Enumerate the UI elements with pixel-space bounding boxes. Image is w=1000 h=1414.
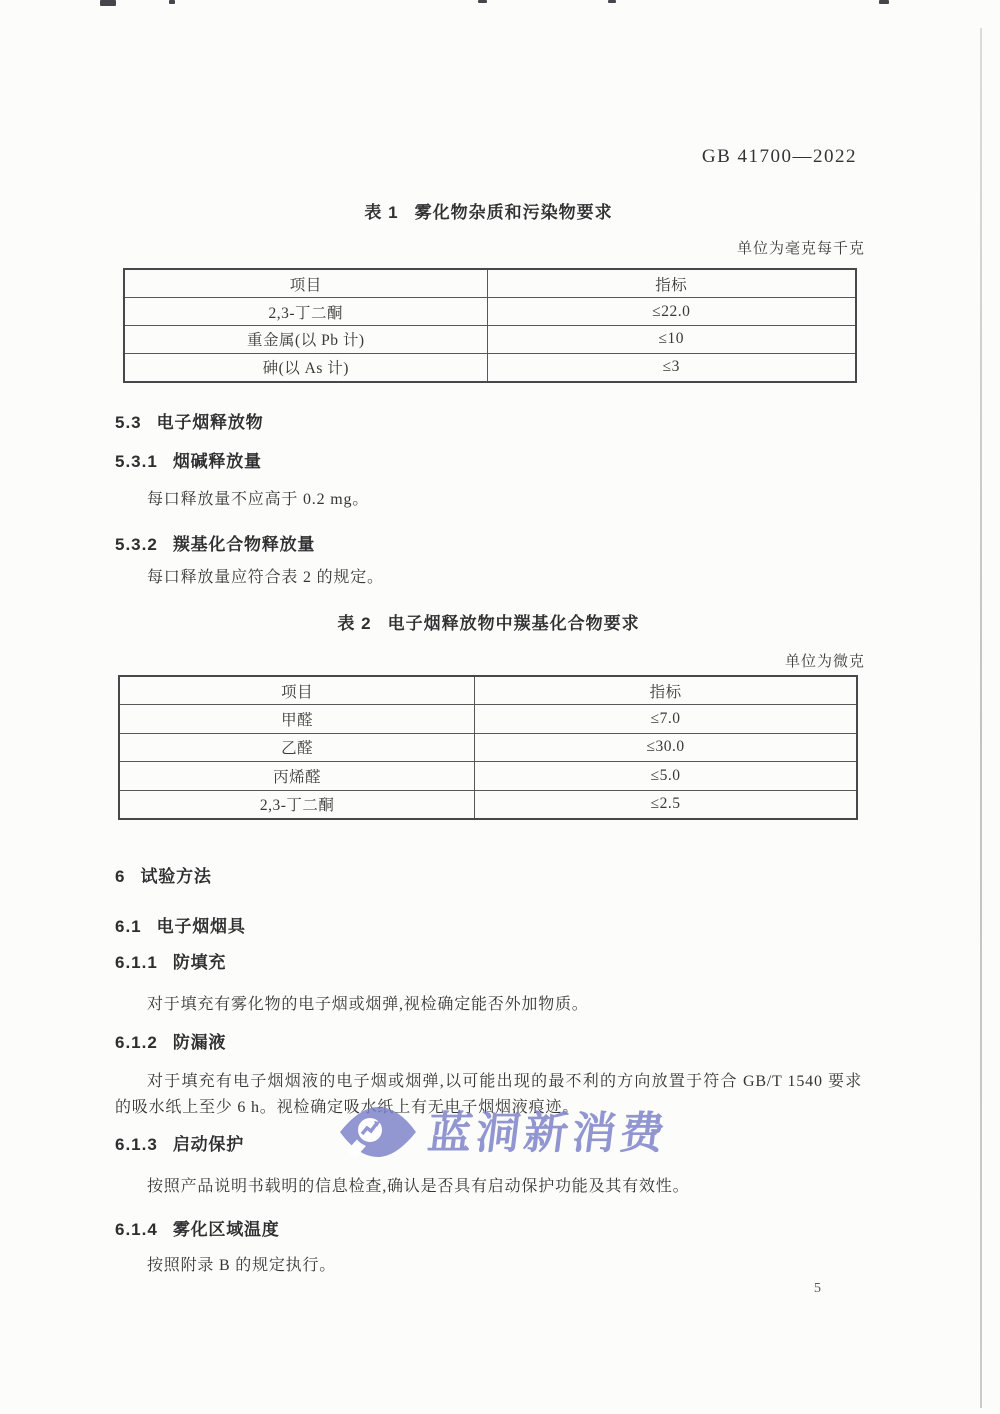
table-row: 甲醛 ≤7.0: [119, 705, 857, 733]
section-heading-6-1: 6.1电子烟烟具: [115, 917, 246, 937]
table1-unit-note: 单位为毫克每千克: [737, 237, 865, 258]
scan-edge-line: [980, 28, 982, 1408]
table1-col-item: 项目: [124, 269, 487, 298]
standard-number: GB 41700—2022: [702, 146, 857, 168]
section-title: 电子烟释放物: [157, 413, 264, 432]
table1-cell-limit: ≤22.0: [487, 298, 856, 326]
scan-artifact: [478, 0, 487, 3]
scan-artifact: [169, 0, 175, 4]
table1-cell-limit: ≤10: [487, 325, 856, 353]
table-header-row: 项目 指标: [124, 269, 856, 298]
scan-artifact: [100, 0, 116, 6]
section-heading-6-1-4: 6.1.4雾化区域温度: [115, 1220, 280, 1240]
document-page: GB 41700—2022 表 1雾化物杂质和污染物要求 单位为毫克每千克 项目…: [0, 0, 1000, 1414]
table-row: 2,3-丁二酮 ≤22.0: [124, 298, 856, 326]
section-title: 烟碱释放量: [173, 452, 262, 471]
section-heading-5-3-2: 5.3.2羰基化合物释放量: [115, 535, 315, 555]
table2-caption: 表 2电子烟释放物中羰基化合物要求: [115, 609, 862, 634]
paragraph-atomization-temp: 按照附录 B 的规定执行。: [115, 1253, 862, 1279]
table1-caption-label: 表 1: [364, 203, 398, 222]
table2-cell-item: 2,3-丁二酮: [119, 790, 475, 819]
table1-cell-item: 砷(以 As 计): [124, 353, 487, 382]
section-number: 6: [115, 867, 125, 886]
section-number: 5.3: [115, 413, 142, 432]
section-heading-6: 6试验方法: [115, 867, 212, 887]
table-atomized-impurities: 项目 指标 2,3-丁二酮 ≤22.0 重金属(以 Pb 计) ≤10 砷(以 …: [123, 268, 857, 383]
paragraph-carbonyl-ref: 每口释放量应符合表 2 的规定。: [115, 565, 862, 591]
section-number: 5.3.1: [115, 452, 158, 471]
paragraph-startup-protection: 按照产品说明书载明的信息检查,确认是否具有启动保护功能及其有效性。: [115, 1174, 862, 1200]
table2-col-limit: 指标: [475, 676, 857, 705]
table1-caption: 表 1雾化物杂质和污染物要求: [115, 198, 862, 223]
table1-cell-item: 重金属(以 Pb 计): [124, 325, 487, 353]
table2-caption-label: 表 2: [337, 614, 371, 633]
section-number: 5.3.2: [115, 535, 158, 554]
table-row: 砷(以 As 计) ≤3: [124, 353, 856, 382]
section-heading-6-1-3: 6.1.3启动保护: [115, 1135, 244, 1155]
scan-artifact: [608, 0, 616, 3]
section-title: 防填充: [173, 953, 226, 972]
section-title: 电子烟烟具: [157, 917, 246, 936]
section-heading-6-1-1: 6.1.1防填充: [115, 953, 226, 973]
table-row: 乙醛 ≤30.0: [119, 733, 857, 761]
section-title: 启动保护: [173, 1135, 244, 1154]
table1-caption-title: 雾化物杂质和污染物要求: [415, 203, 613, 222]
scan-artifact: [879, 0, 889, 4]
table2-cell-item: 甲醛: [119, 705, 475, 733]
paragraph-leak-protection: 对于填充有电子烟烟液的电子烟或烟弹,以可能出现的最不利的方向放置于符合 GB/T…: [115, 1069, 862, 1121]
paragraph-nicotine-limit: 每口释放量不应高于 0.2 mg。: [115, 487, 862, 513]
table1-cell-item: 2,3-丁二酮: [124, 298, 487, 326]
table-row: 重金属(以 Pb 计) ≤10: [124, 325, 856, 353]
section-title: 羰基化合物释放量: [173, 535, 315, 554]
section-heading-5-3-1: 5.3.1烟碱释放量: [115, 452, 262, 472]
section-number: 6.1.1: [115, 953, 158, 972]
table2-caption-title: 电子烟释放物中羰基化合物要求: [388, 614, 640, 633]
table2-unit-note: 单位为微克: [785, 650, 865, 671]
section-title: 雾化区域温度: [173, 1220, 280, 1239]
page-number: 5: [814, 1281, 821, 1297]
section-number: 6.1.2: [115, 1033, 158, 1052]
table2-cell-limit: ≤30.0: [475, 733, 857, 761]
table-row: 丙烯醛 ≤5.0: [119, 762, 857, 790]
section-title: 防漏液: [173, 1033, 226, 1052]
table2-cell-item: 乙醛: [119, 733, 475, 761]
table-carbonyl-requirements: 项目 指标 甲醛 ≤7.0 乙醛 ≤30.0 丙烯醛 ≤5.0 2,3-丁二酮 …: [118, 675, 858, 820]
paragraph-refill-protection: 对于填充有雾化物的电子烟或烟弹,视检确定能否外加物质。: [115, 992, 862, 1018]
table2-cell-item: 丙烯醛: [119, 762, 475, 790]
section-number: 6.1.4: [115, 1220, 158, 1239]
section-heading-5-3: 5.3电子烟释放物: [115, 413, 263, 433]
table-row: 2,3-丁二酮 ≤2.5: [119, 790, 857, 819]
table1-col-limit: 指标: [487, 269, 856, 298]
section-number: 6.1: [115, 917, 142, 936]
section-number: 6.1.3: [115, 1135, 158, 1154]
section-heading-6-1-2: 6.1.2防漏液: [115, 1033, 226, 1053]
table-header-row: 项目 指标: [119, 676, 857, 705]
table2-cell-limit: ≤5.0: [475, 762, 857, 790]
table2-cell-limit: ≤7.0: [475, 705, 857, 733]
table2-col-item: 项目: [119, 676, 475, 705]
section-title: 试验方法: [140, 867, 211, 886]
table1-cell-limit: ≤3: [487, 353, 856, 382]
table2-cell-limit: ≤2.5: [475, 790, 857, 819]
